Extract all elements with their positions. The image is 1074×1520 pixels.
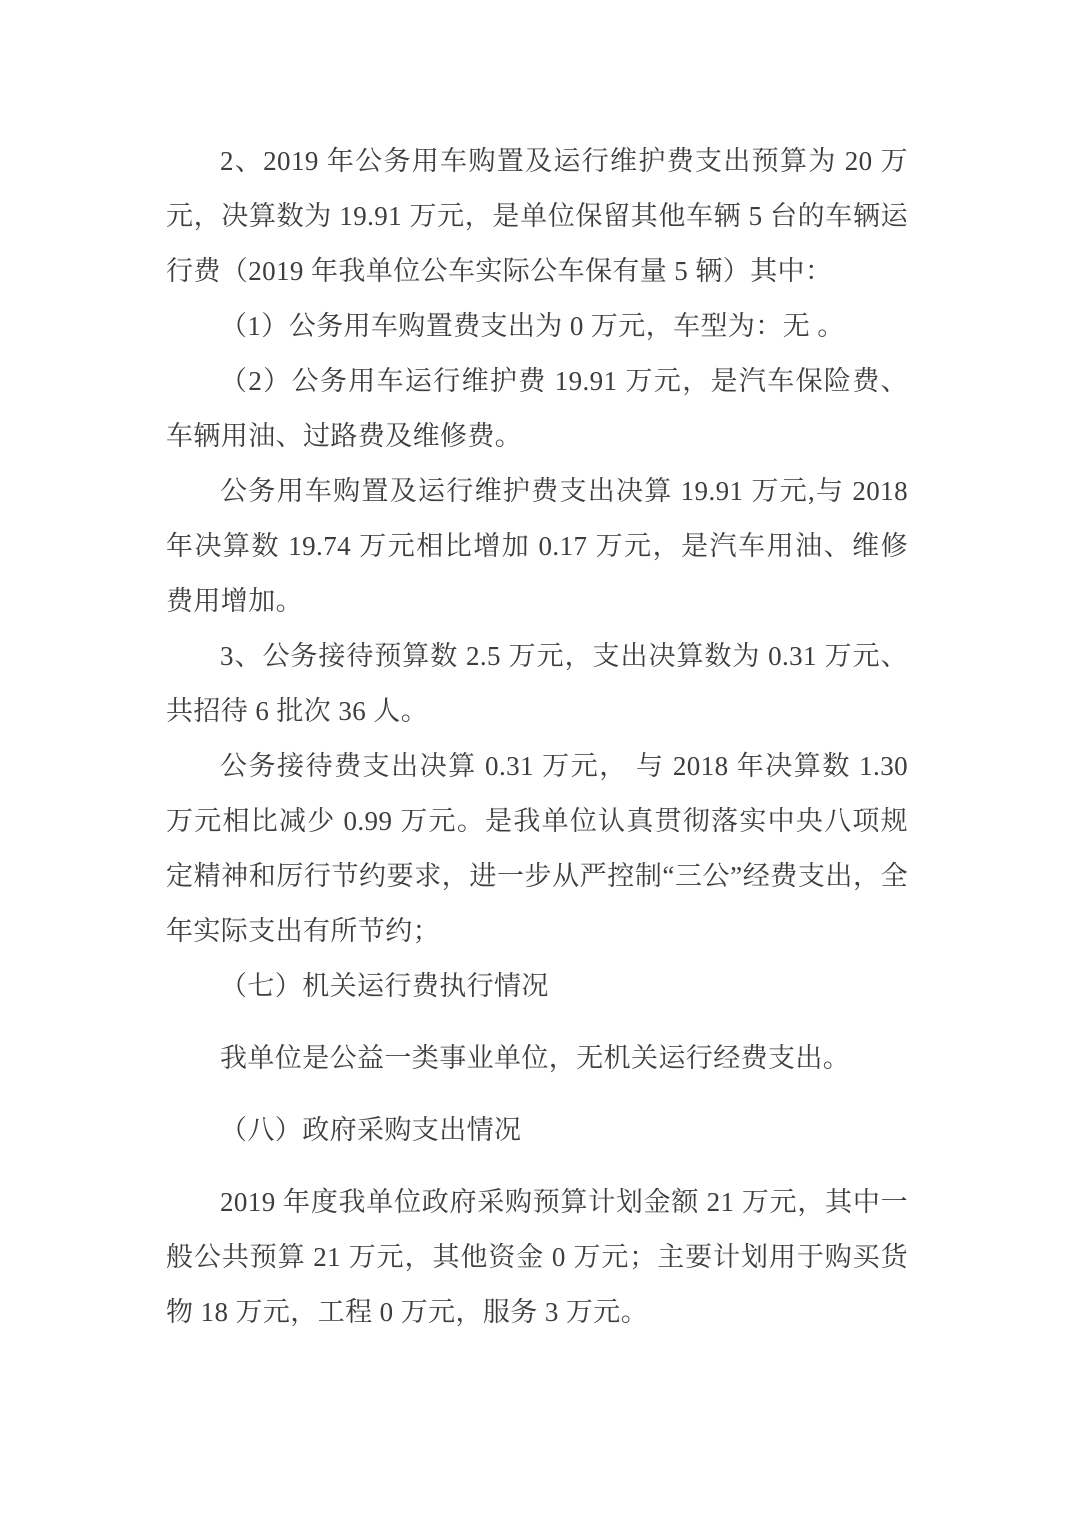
para-vehicle-budget: 2、2019 年公务用车购置及运行维护费支出预算为 20 万元，决算数为 19.… xyxy=(166,134,908,299)
heading-section-seven: （七）机关运行费执行情况 xyxy=(166,959,908,1014)
para-reception-yoy-comparison: 公务接待费支出决算 0.31 万元， 与 2018 年决算数 1.30 万元相比… xyxy=(166,739,908,959)
para-reception-budget: 3、公务接待预算数 2.5 万元，支出决算数为 0.31 万元、共招待 6 批次… xyxy=(166,629,908,739)
document-page: 2、2019 年公务用车购置及运行维护费支出预算为 20 万元，决算数为 19.… xyxy=(0,0,1074,1520)
para-government-procurement: 2019 年度我单位政府采购预算计划金额 21 万元，其中一般公共预算 21 万… xyxy=(166,1175,908,1340)
para-vehicle-purchase-fee: （1）公务用车购置费支出为 0 万元，车型为：无 。 xyxy=(166,299,908,354)
para-vehicle-yoy-comparison: 公务用车购置及运行维护费支出决算 19.91 万元,与 2018 年决算数 19… xyxy=(166,464,908,629)
para-org-operation-expense: 我单位是公益一类事业单位，无机关运行经费支出。 xyxy=(166,1031,908,1086)
heading-section-eight: （八）政府采购支出情况 xyxy=(166,1103,908,1158)
para-vehicle-maintenance-fee: （2）公务用车运行维护费 19.91 万元，是汽车保险费、车辆用油、过路费及维修… xyxy=(166,354,908,464)
